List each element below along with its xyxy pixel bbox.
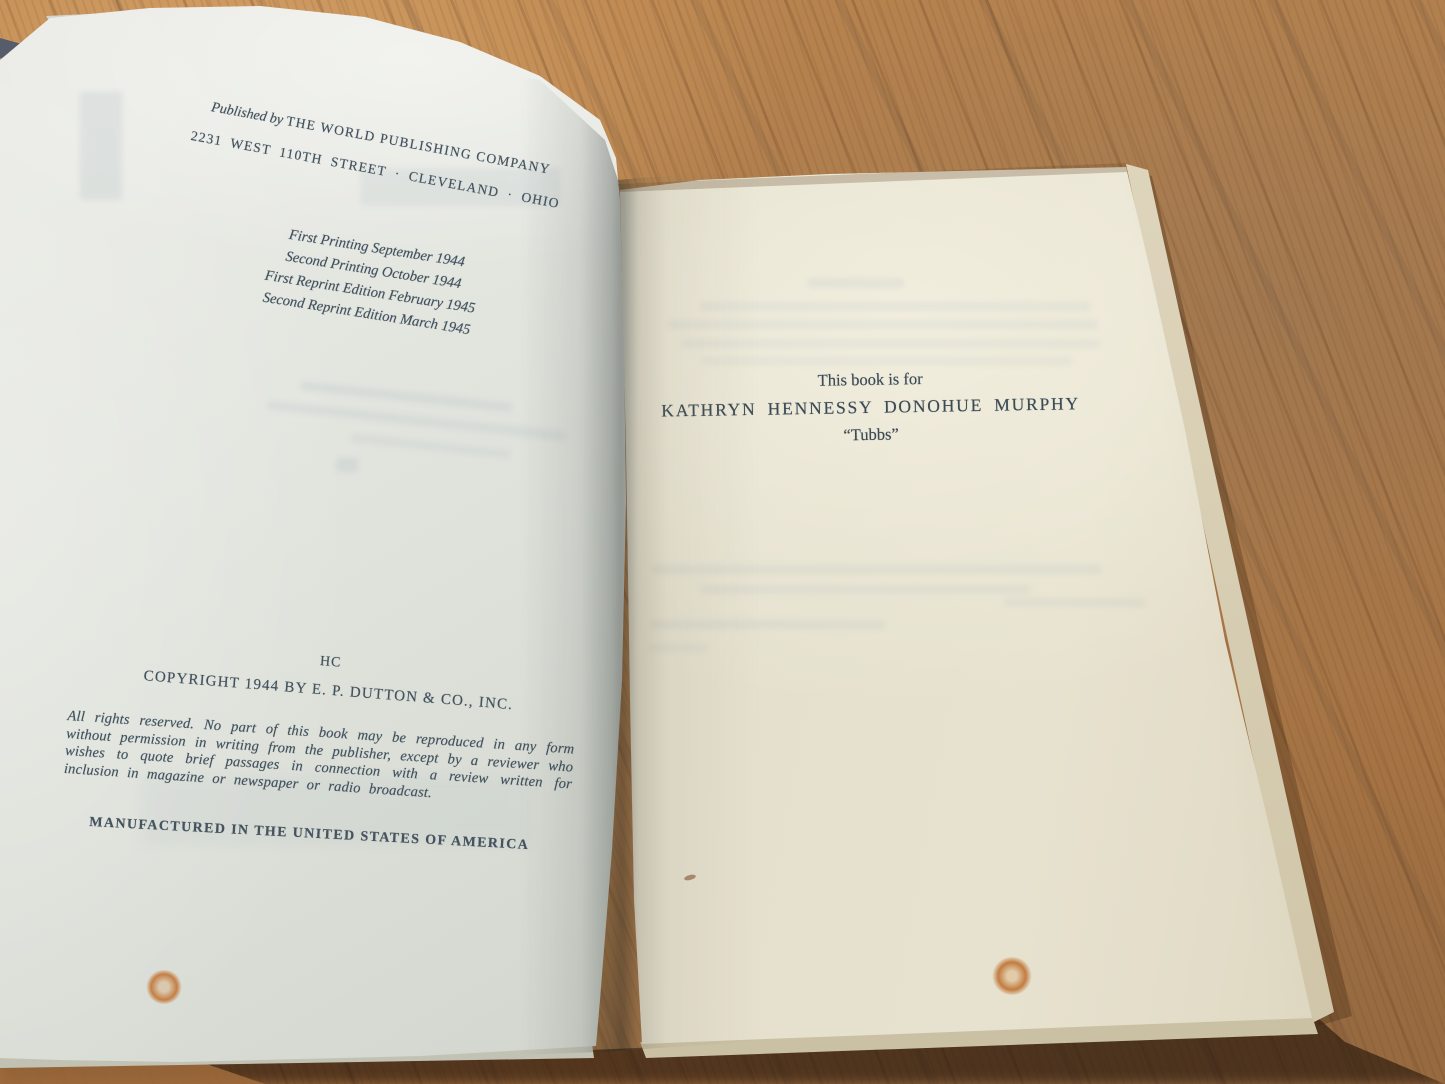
ghost-x-mark <box>336 458 358 472</box>
ghost-text-line <box>700 302 1090 311</box>
ghost-text-line <box>680 339 1100 348</box>
printing-history-line: Second Printing October 1944 <box>221 236 526 305</box>
left-page-copyright: Published by THE WORLD PUBLISHING COMPAN… <box>0 0 1445 1084</box>
ghost-text-line <box>648 644 708 652</box>
publisher-imprint: Published by THE WORLD PUBLISHING COMPAN… <box>164 84 593 223</box>
paper-speck <box>620 935 625 939</box>
dedication-name: KATHRYN HENNESSY DONOHUE MURPHY <box>635 393 1105 422</box>
wood-grain-texture-bands <box>0 0 1445 1084</box>
photo-open-book: Published by THE WORLD PUBLISHING COMPAN… <box>0 0 1445 1084</box>
ghost-text-line <box>668 320 1098 329</box>
printing-history: First Printing September 1944 Second Pri… <box>214 214 529 349</box>
ghost-heading <box>808 278 904 288</box>
dedication-block: This book is for KATHRYN HENNESSY DONOHU… <box>635 366 1106 449</box>
paper-speck <box>684 874 697 882</box>
wood-table-surface <box>0 0 1445 1084</box>
copyright-block: HC COPYRIGHT 1944 BY E. P. DUTTON & CO.,… <box>88 636 570 719</box>
right-page-dedication: This book is for KATHRYN HENNESSY DONOHU… <box>0 0 1445 1084</box>
publisher-line: Published by THE WORLD PUBLISHING COMPAN… <box>169 84 593 193</box>
stain-spot <box>146 970 182 1004</box>
book-cast-shadow <box>0 0 1445 1084</box>
copyright-line: COPYRIGHT 1944 BY E. P. DUTTON & CO., IN… <box>88 664 568 719</box>
publisher-address: 2231 WEST 110TH STREET · CLEVELAND · OHI… <box>164 115 588 223</box>
ghost-text-line <box>650 620 885 629</box>
page-stack-bottom-left <box>0 0 1445 1084</box>
wood-patch-bottom-left <box>0 0 1445 1084</box>
ghost-text-line <box>1005 598 1145 607</box>
printing-history-line: First Printing September 1944 <box>225 214 530 283</box>
ghost-text-line <box>266 400 565 440</box>
fore-edge-shadow <box>0 0 1445 1084</box>
rights-notice: All rights reserved. No part of this boo… <box>63 708 575 812</box>
dedication-intro: This book is for <box>635 366 1105 394</box>
wood-grain-texture-fine <box>0 0 1445 1084</box>
edition-code: HC <box>91 636 571 690</box>
underlying-page-edge <box>0 0 1445 1084</box>
printing-history-line: Second Reprint Edition March 1945 <box>214 279 519 348</box>
book-cover-edge <box>0 0 1445 1084</box>
show-through-title <box>360 168 560 206</box>
book-gutter-shadow <box>0 0 1445 1084</box>
page-stack-bottom-right <box>0 0 1445 1084</box>
ghost-text-line <box>652 565 1102 574</box>
ghost-text-line <box>702 357 1072 365</box>
ghost-text-line <box>700 585 1030 594</box>
manufactured-line: MANUFACTURED IN THE UNITED STATES OF AME… <box>69 814 549 855</box>
dedication-nickname: “Tubbs” <box>636 421 1106 449</box>
publisher-prefix: Published by <box>210 100 284 128</box>
stain-spot <box>992 957 1032 995</box>
ghost-text-line <box>350 434 510 459</box>
right-page-top-edge-shadow <box>0 0 1445 1084</box>
ghost-text-line <box>300 381 512 412</box>
wood-grain-texture <box>0 0 1445 1084</box>
publisher-name: THE WORLD PUBLISHING COMPANY <box>285 113 552 177</box>
show-through-mark <box>80 92 122 200</box>
page-stack-fore-edge <box>0 0 1445 1084</box>
printing-history-line: First Reprint Edition February 1945 <box>218 257 523 326</box>
show-through-block <box>140 775 530 845</box>
